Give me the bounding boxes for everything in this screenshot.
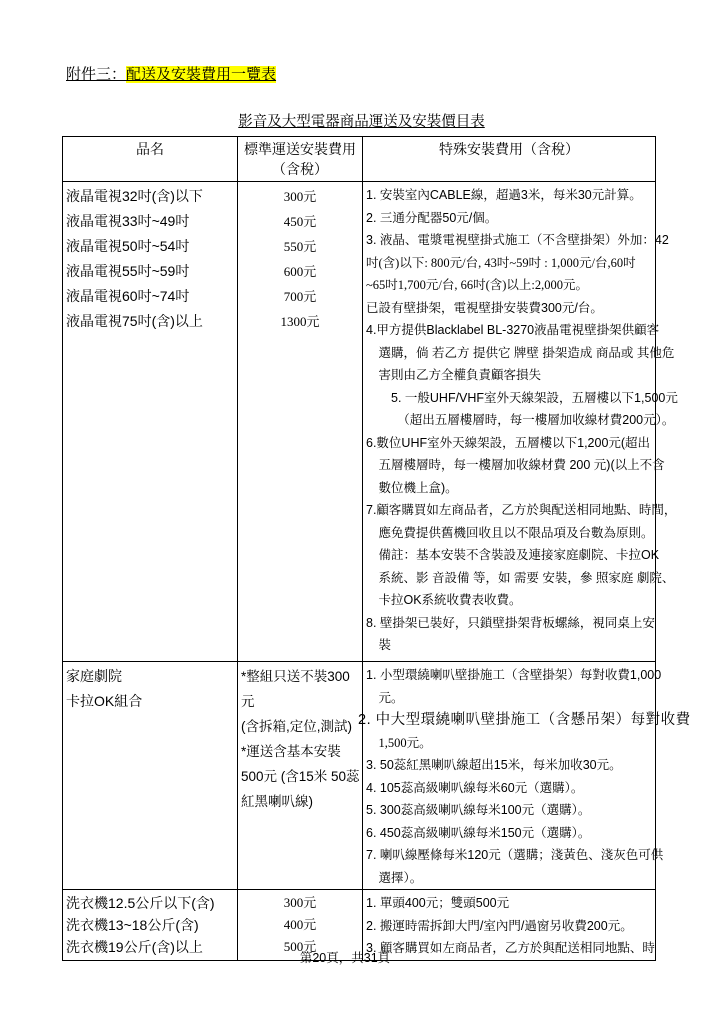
col-product-header: 品名: [63, 137, 238, 182]
text-line: 卡拉OK組合: [66, 689, 234, 714]
text-line: 700元: [241, 284, 359, 309]
text-line: ~65吋1,700元/台, 66吋(含)以上:2,000元。: [366, 274, 652, 297]
product-cell: 家庭劇院卡拉OK組合: [63, 662, 238, 890]
text-line: 裝: [366, 634, 652, 657]
special-cell: 1. 小型環繞喇叭壁掛施工（含壁掛架）每對收費1,000 元。2. 中大型環繞喇…: [363, 662, 656, 890]
text-line: 五層樓層時，每一樓層加收線材費 200 元)(以上不含: [366, 454, 652, 477]
text-line: *整組只送不裝300: [241, 664, 359, 689]
table-title-row: 影音及大型電器商品運送及安裝價目表: [0, 110, 723, 131]
text-line: 5. 一般UHF/VHF室外天線架設，五層樓以下1,500元: [366, 387, 652, 410]
text-line: 1,500元。: [366, 732, 652, 755]
text-line: 7.顧客購買如左商品者，乙方於與配送相同地點、時間，: [366, 499, 652, 522]
product-cell: 液晶電視32吋(含)以下液晶電視33吋~49吋液晶電視50吋~54吋液晶電視55…: [63, 182, 238, 662]
text-line: 選購，倘 若乙方 提供它 牌壁 掛架造成 商品或 其他危: [366, 342, 652, 365]
text-line: 液晶電視55吋~59吋: [66, 259, 234, 284]
table-header-row: 品名 標準運送安裝費用 （含稅） 特殊安裝費用（含稅）: [63, 137, 656, 182]
text-line: 備註：基本安裝不含裝設及連接家庭劇院、卡拉OK: [366, 544, 652, 567]
text-line: 紅黑喇叭線): [241, 789, 359, 814]
text-line: 家庭劇院: [66, 664, 234, 689]
text-line: 4.甲方提供Blacklabel BL-3270液晶電視壁掛架供顧客: [366, 319, 652, 342]
text-line: 液晶電視50吋~54吋: [66, 234, 234, 259]
text-line: 1300元: [241, 309, 359, 334]
text-line: 害則由乙方全權負責顧客損失: [366, 364, 652, 387]
text-line: 液晶電視75吋(含)以上: [66, 309, 234, 334]
attachment-label: 附件三：: [66, 66, 126, 83]
header-label: 標準運送安裝費用: [241, 139, 359, 159]
text-line: 洗衣機12.5公斤以下(含): [66, 892, 234, 914]
header-label: 品名: [66, 139, 234, 159]
fee-table: 品名 標準運送安裝費用 （含稅） 特殊安裝費用（含稅） 液晶電視32吋(含)以下…: [62, 136, 656, 961]
text-line: 選擇）。: [366, 867, 652, 890]
text-line: 8. 壁掛架已裝好，只鎖壁掛架背板螺絲，視同桌上安: [366, 612, 652, 635]
text-line: 550元: [241, 234, 359, 259]
text-line: 系統、影 音設備 等，如 需要 安裝，參 照家庭 劇院、: [366, 567, 652, 590]
fee-cell: 300元450元550元600元700元1300元: [238, 182, 363, 662]
text-line: 600元: [241, 259, 359, 284]
text-line: (含拆箱,定位,測試): [241, 714, 359, 739]
text-line: 4. 105蕊高級喇叭線每米60元（選購）。: [366, 777, 652, 800]
text-line: 3. 50蕊紅黑喇叭線超出15米，每米加收30元。: [366, 754, 652, 777]
text-line: 液晶電視32吋(含)以下: [66, 184, 234, 209]
text-line: 液晶電視60吋~74吋: [66, 284, 234, 309]
text-line: 400元: [241, 914, 359, 936]
text-line: 5. 300蕊高級喇叭線每米100元（選購）。: [366, 799, 652, 822]
text-line: 6. 450蕊高級喇叭線每米150元（選購）。: [366, 822, 652, 845]
text-line: 液晶電視33吋~49吋: [66, 209, 234, 234]
header-label: （含稅）: [241, 159, 359, 179]
text-line: 450元: [241, 209, 359, 234]
header-label: 特殊安裝費用（含稅）: [366, 139, 652, 159]
text-line: 數位機上盒)。: [366, 477, 652, 500]
text-line: 卡拉OK系統收費表收費。: [366, 589, 652, 612]
text-line: 1. 小型環繞喇叭壁掛施工（含壁掛架）每對收費1,000: [366, 664, 652, 687]
text-line: 1. 單頭400元；雙頭500元: [366, 892, 652, 915]
text-line: 2. 三通分配器50元/個。: [366, 207, 652, 230]
attachment-heading: 附件三：配送及安裝費用一覽表: [66, 64, 276, 85]
table-row-tv: 液晶電視32吋(含)以下液晶電視33吋~49吋液晶電視50吋~54吋液晶電視55…: [63, 182, 656, 662]
col-standard-fee-header: 標準運送安裝費用 （含稅）: [238, 137, 363, 182]
page-number: 第20頁，共31頁: [62, 948, 628, 966]
text-line: （超出五層樓層時，每一樓層加收線材費200元）。: [366, 409, 652, 432]
text-line: 500元 (含15米 50蕊: [241, 764, 359, 789]
text-line: 2. 中大型環繞喇叭壁掛施工（含懸吊架）每對收費: [358, 709, 652, 732]
attachment-highlight: 配送及安裝費用一覽表: [126, 66, 276, 83]
text-line: 7. 喇叭線壓條每米120元（選購；淺黃色、淺灰色可供: [366, 844, 652, 867]
text-line: 2. 搬運時需拆卸大門/室內門/過窗另收費200元。: [366, 915, 652, 938]
text-line: 元: [241, 689, 359, 714]
col-special-fee-header: 特殊安裝費用（含稅）: [363, 137, 656, 182]
text-line: 應免費提供舊機回收且以不限品項及台數為原則。: [366, 522, 652, 545]
text-line: 已設有壁掛架，電視壁掛安裝費300元/台。: [366, 297, 652, 320]
text-line: 1. 安裝室內CABLE線，超過3米，每米30元計算。: [366, 184, 652, 207]
text-line: 6.數位UHF室外天線架設，五層樓以下1,200元(超出: [366, 432, 652, 455]
text-line: 元。: [366, 687, 652, 710]
text-line: 吋(含)以下: 800元/台, 43吋~59吋 : 1,000元/台,60吋: [366, 252, 652, 275]
text-line: 洗衣機13~18公斤(含): [66, 914, 234, 936]
table-row-home-theater: 家庭劇院卡拉OK組合 *整組只送不裝300元(含拆箱,定位,測試)*運送含基本安…: [63, 662, 656, 890]
fee-cell: *整組只送不裝300元(含拆箱,定位,測試)*運送含基本安裝500元 (含15米…: [238, 662, 363, 890]
special-cell: 1. 安裝室內CABLE線，超過3米，每米30元計算。2. 三通分配器50元/個…: [363, 182, 656, 662]
text-line: *運送含基本安裝: [241, 739, 359, 764]
text-line: 300元: [241, 184, 359, 209]
text-line: 300元: [241, 892, 359, 914]
text-line: 3. 液晶、電漿電視壁掛式施工（不含壁掛架）外加：42: [366, 229, 652, 252]
table-title: 影音及大型電器商品運送及安裝價目表: [238, 114, 485, 130]
page: 附件三：配送及安裝費用一覽表 影音及大型電器商品運送及安裝價目表 品名 標準運送…: [0, 0, 723, 1024]
